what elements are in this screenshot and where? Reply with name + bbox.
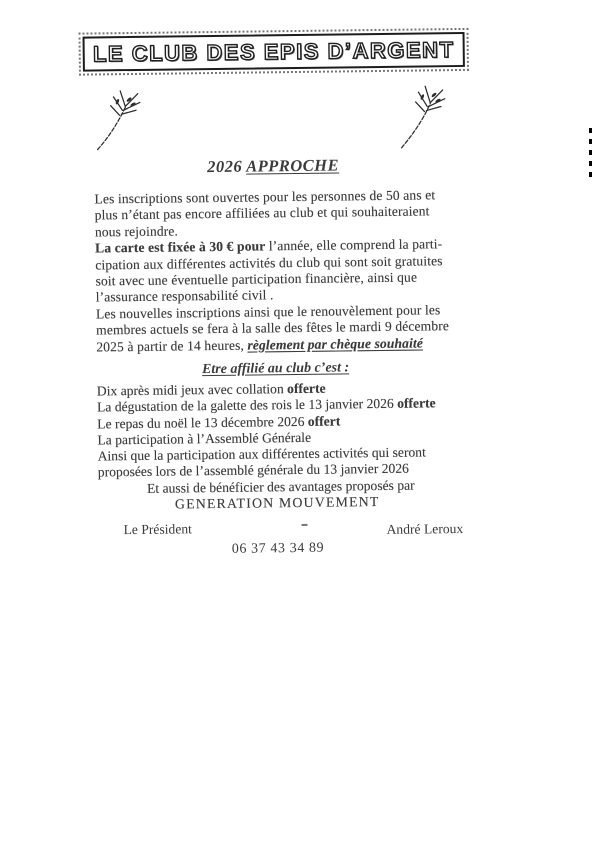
benefits-list: Dix après midi jeux avec collation offer… (97, 379, 437, 497)
text-line: 2025 à partir de 14 heures, règlement pa… (96, 335, 449, 356)
heading-year: 2026 (207, 157, 246, 176)
line-text: nous rejoindre. (95, 223, 178, 239)
item-text: La participation à l’Assemblé Générale (97, 430, 311, 448)
item-text: Le repas du noël le 13 décembre 2026 (97, 413, 308, 431)
line-text: plus n’étant pas encore affiliées au clu… (95, 204, 430, 223)
main-paragraphs: Les inscriptions sont ouvertes pour les … (94, 187, 449, 355)
bold-lead: La carte est fixée à 30 € pour (95, 239, 265, 256)
signature-role: Le Président (123, 521, 192, 538)
payment-note: règlement par chèque souhaité (247, 335, 423, 352)
wheat-icon (89, 84, 154, 155)
club-title-banner: LE CLUB DES EPIS D’ARGENT (83, 32, 465, 72)
line-text: soit avec une éventuelle participation f… (95, 270, 417, 289)
organization-name: GENERATION MOUVEMENT (88, 493, 466, 514)
scan-content: LE CLUB DES EPIS D’ARGENT (0, 0, 595, 842)
line-text: l’assurance responsabilité civil . (96, 288, 274, 305)
heading-word: APPROCHE (246, 155, 339, 175)
phone-number: 06 37 43 34 89 (232, 541, 325, 558)
line-text: 2025 à partir de 14 heures, (96, 337, 247, 354)
club-title: LE CLUB DES EPIS D’ARGENT (93, 37, 455, 67)
heading-2026-approche: 2026 APPROCHE (84, 154, 462, 179)
item-bold: offerte (397, 396, 436, 411)
line-text: l’année, elle comprend la parti- (265, 236, 442, 253)
signature-name: André Leroux (386, 521, 463, 538)
affiliation-heading: Etre affilié au club c’est : (87, 359, 465, 380)
scanned-letter-page: LE CLUB DES EPIS D’ARGENT (0, 0, 595, 842)
item-text: La dégustation de la galette des rois le… (97, 396, 397, 415)
item-bold: offert (308, 413, 341, 428)
item-text: Dix après midi jeux avec collation (97, 381, 287, 398)
item-bold: offerte (287, 381, 326, 396)
item-text: proposées lors de l’assemblé générale du… (98, 461, 409, 480)
wheat-icon (393, 80, 458, 151)
scan-artifact (589, 128, 592, 182)
scan-artifact (301, 524, 307, 526)
